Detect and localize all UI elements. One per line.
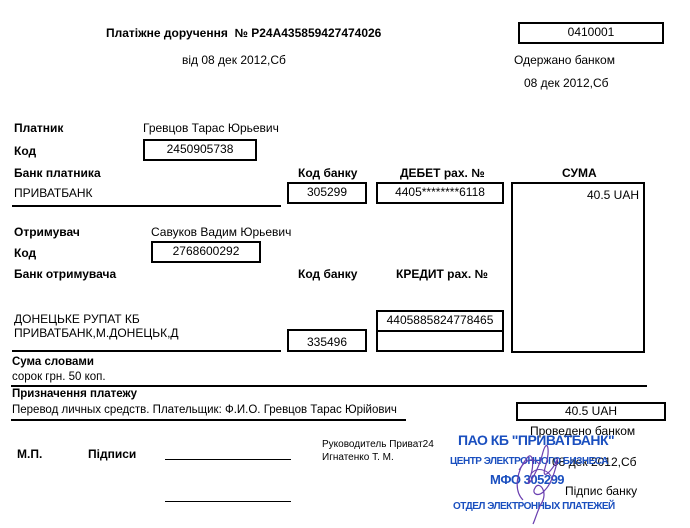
payer-name: Гревцов Тарас Юрьевич xyxy=(143,121,279,135)
words-value: сорок грн. 50 коп. xyxy=(12,371,106,383)
recipient-label: Отримувач xyxy=(14,225,80,239)
recipient-bank-name-line1: ДОНЕЦЬКЕ РУПАТ КБ xyxy=(14,312,140,326)
sum-value: 40.5 UAH xyxy=(587,188,639,202)
debit-label: ДЕБЕТ рах. № xyxy=(400,166,485,180)
purpose-value: Перевод личных средств. Плательщик: Ф.И.… xyxy=(12,404,397,416)
recipient-bank-code-box: 335496 xyxy=(287,329,367,352)
signature-line-1[interactable] xyxy=(165,459,291,460)
mp-label: М.П. xyxy=(17,447,42,461)
recipient-bank-code-label: Код банку xyxy=(298,267,357,281)
payer-bank-name: ПРИВАТБАНК xyxy=(14,186,93,200)
payer-bank-underline xyxy=(12,205,281,207)
handwritten-signature-icon xyxy=(505,430,575,526)
payer-code-label: Код xyxy=(14,144,36,158)
document-title: Платіжне доручення № P24A435859427474026 xyxy=(106,26,381,40)
credit-label: КРЕДИТ рах. № xyxy=(396,267,488,281)
document-date: від 08 дек 2012,Сб xyxy=(182,53,286,67)
signatures-label: Підписи xyxy=(88,447,136,461)
recipient-name: Савуков Вадим Юрьевич xyxy=(151,225,291,239)
recipient-bank-underline xyxy=(12,350,281,352)
credit-account-box: 4405885824778465 xyxy=(376,310,504,332)
sum-box: 40.5 UAH xyxy=(511,182,645,353)
document-number: P24A435859427474026 xyxy=(251,26,381,40)
recipient-bank-name-line2: ПРИВАТБАНК,М.ДОНЕЦЬК,Д xyxy=(14,326,179,340)
received-date: 08 дек 2012,Сб xyxy=(524,76,609,90)
head-title: Руководитель Приват24 xyxy=(322,439,434,450)
purpose-underline xyxy=(11,419,406,421)
recipient-bank-label: Банк отримувача xyxy=(14,267,116,281)
payer-bank-code-box: 305299 xyxy=(287,182,367,204)
form-code-box: 0410001 xyxy=(518,22,664,44)
words-underline xyxy=(11,385,647,387)
purpose-amount-box: 40.5 UAH xyxy=(516,402,666,421)
signature-line-2[interactable] xyxy=(165,501,291,502)
payer-label: Платник xyxy=(14,121,63,135)
payer-bank-label: Банк платника xyxy=(14,166,101,180)
credit-extra-box xyxy=(376,330,504,352)
debit-account-box: 4405********6118 xyxy=(376,182,504,204)
head-name: Игнатенко Т. М. xyxy=(322,452,394,463)
purpose-label: Призначення платежу xyxy=(12,388,137,400)
bank-signature-label: Підпис банку xyxy=(565,484,637,498)
number-label: № xyxy=(235,26,248,40)
sum-label: СУМА xyxy=(562,166,597,180)
words-label: Сума словами xyxy=(12,356,94,368)
recipient-code-box: 2768600292 xyxy=(151,241,261,263)
payer-bank-code-label: Код банку xyxy=(298,166,357,180)
recipient-code-label: Код xyxy=(14,246,36,260)
payer-code-box: 2450905738 xyxy=(143,139,257,161)
title-text: Платіжне доручення xyxy=(106,26,228,40)
received-label: Одержано банком xyxy=(514,53,615,67)
